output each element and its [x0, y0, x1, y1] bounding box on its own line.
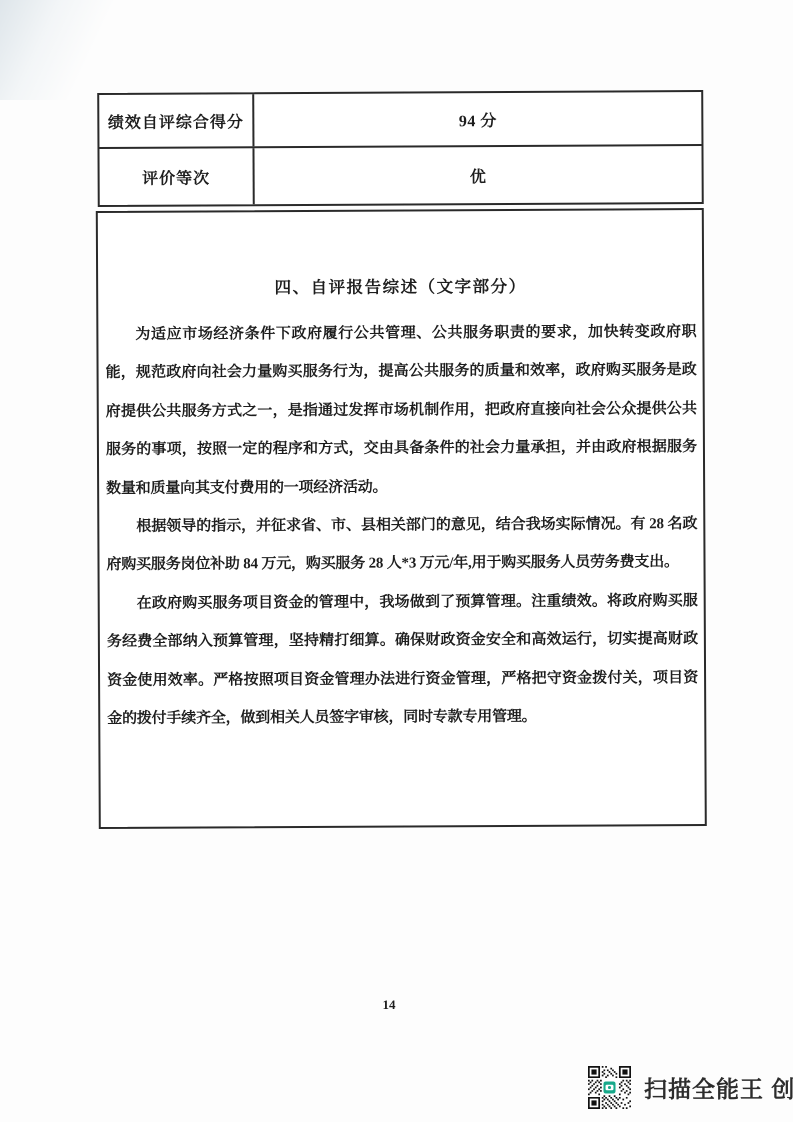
- score-table: 绩效自评综合得分 94 分 评价等次 优: [97, 90, 704, 207]
- camscanner-watermark: 扫描全能王 创建: [588, 1066, 793, 1109]
- report-title: 四、自评报告综述（文字部分）: [105, 272, 696, 299]
- report-body: 为适应市场经济条件下政府履行公共管理、公共服务职责的要求，加快转变政府职能，规范…: [105, 313, 698, 738]
- scanned-document-page: 绩效自评综合得分 94 分 评价等次 优 四、自评报告综述（文字部分） 为适应市…: [0, 0, 793, 1122]
- row-label-grade: 评价等次: [99, 148, 254, 205]
- qr-code-icon: [588, 1066, 631, 1109]
- report-paragraph: 根据领导的指示，并征求省、市、县相关部门的意见，结合我场实际情况。有 28 名政…: [106, 505, 697, 585]
- report-paragraph: 在政府购买服务项目资金的管理中，我场做到了预算管理。注重绩效。将政府购买服务经费…: [107, 582, 699, 739]
- document-content: 绩效自评综合得分 94 分 评价等次 优 四、自评报告综述（文字部分） 为适应市…: [0, 0, 793, 1122]
- row-label-score: 绩效自评综合得分: [99, 94, 254, 147]
- row-value-score: 94 分: [254, 92, 701, 146]
- table-row-grade: 评价等次 优: [99, 144, 701, 205]
- table-row-score: 绩效自评综合得分 94 分: [99, 92, 701, 147]
- row-value-grade: 优: [254, 146, 701, 204]
- page-number: 14: [0, 997, 778, 1013]
- report-box: 四、自评报告综述（文字部分） 为适应市场经济条件下政府履行公共管理、公共服务职责…: [96, 208, 707, 829]
- watermark-text: 扫描全能王 创建: [644, 1071, 793, 1104]
- report-paragraph: 为适应市场经济条件下政府履行公共管理、公共服务职责的要求，加快转变政府职能，规范…: [105, 313, 697, 508]
